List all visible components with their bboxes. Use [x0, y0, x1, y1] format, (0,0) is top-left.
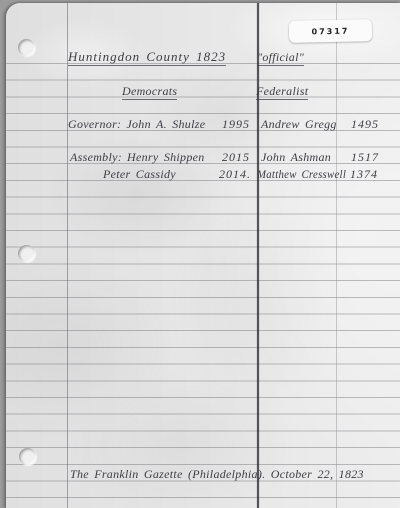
assembly-democrat-votes-1: 2015 — [222, 150, 250, 164]
governor-federalist-name: Andrew Gregg — [261, 117, 337, 131]
governor-democrat-name: Governor:John A. Shulze — [68, 117, 205, 131]
source-citation: The Franklin Gazette (Philadelphia). Oct… — [70, 467, 364, 481]
punch-hole-middle — [18, 245, 35, 262]
assembly-federalist-name-2: Matthew Cresswell — [257, 167, 356, 181]
assembly-democrat-name-2: Peter Cassidy — [103, 167, 176, 181]
governor-democrat-votes: 1995 — [222, 117, 250, 131]
punch-hole-top — [18, 39, 35, 56]
assembly-democrat-name-1: Assembly:Henry Shippen — [70, 150, 205, 164]
right-crease-line — [336, 3, 337, 508]
page-title: Huntingdon County 1823 — [68, 50, 226, 64]
scanned-notebook-page: 07317 Huntingdon County 1823 "official" … — [0, 0, 400, 508]
inventory-number: 07317 — [311, 26, 349, 36]
column-header-federalists: Federalist — [256, 84, 308, 98]
office-label: Governor: — [68, 117, 121, 131]
assembly-democrat-votes-2: 2014. — [219, 167, 251, 181]
inventory-sticker: 07317 — [289, 19, 372, 43]
assembly-federalist-name-1: John Ashman — [261, 150, 331, 164]
assembly-federalist-votes-2: 1374 — [350, 167, 378, 181]
assembly-federalist-votes-1: 1517 — [351, 150, 379, 164]
center-crease-line — [257, 3, 259, 508]
office-label: Assembly: — [70, 150, 122, 164]
left-margin-line — [67, 3, 68, 508]
governor-federalist-votes: 1495 — [351, 117, 379, 131]
official-note: "official" — [257, 50, 304, 64]
column-header-democrats: Democrats — [122, 84, 177, 98]
punch-hole-bottom — [19, 448, 36, 465]
